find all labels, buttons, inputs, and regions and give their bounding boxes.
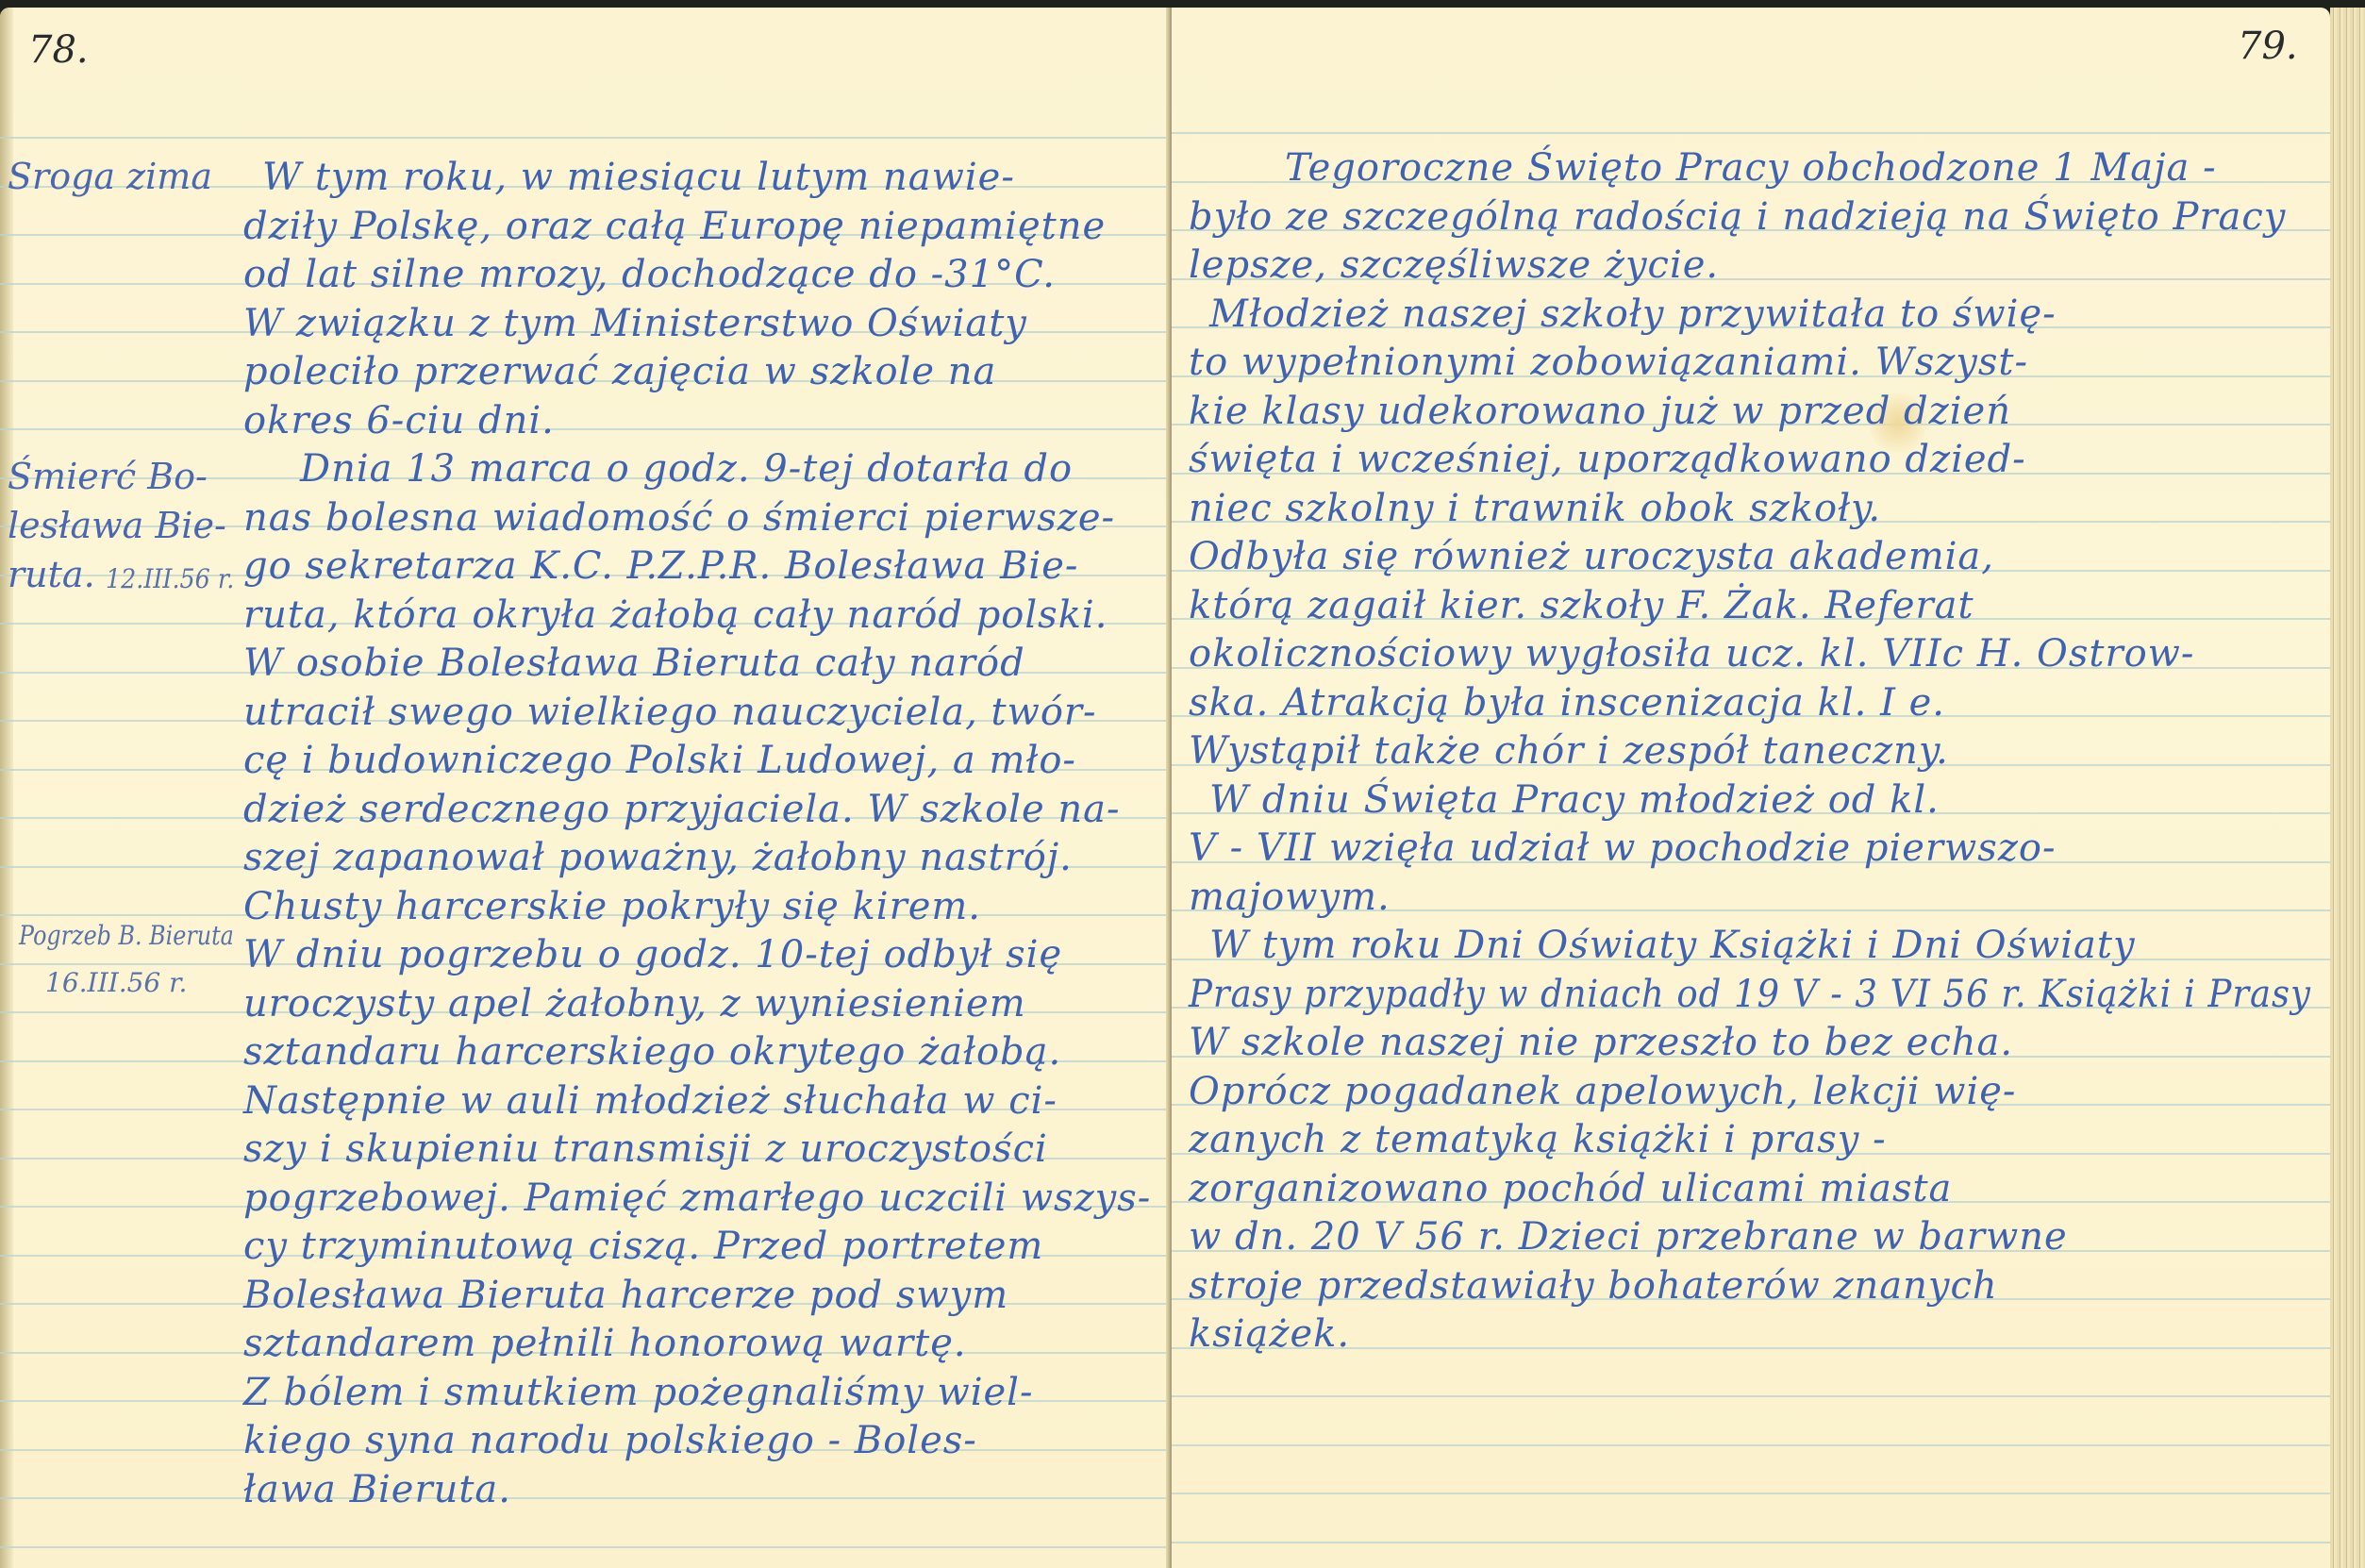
margin-note-death-title-cont: lesława Bie-: [8, 508, 226, 543]
handwritten-line: było ze szczególną radością i nadzieją n…: [1189, 198, 2286, 236]
handwritten-line: W dniu Święta Pracy młodzież od kl.: [1209, 781, 1940, 819]
handwritten-line: go sekretarza K.C. P.Z.P.R. Bolesława Bi…: [243, 547, 1078, 585]
handwritten-line: utracił swego wielkiego nauczyciela, twó…: [243, 693, 1097, 731]
handwritten-line: szej zapanował poważny, żałobny nastrój.: [243, 839, 1073, 876]
handwritten-line: zorganizowano pochód ulicami miasta: [1189, 1170, 1952, 1208]
handwritten-line: W tym roku, w miesiącu lutym nawie-: [262, 158, 1015, 196]
notebook-page-left: 78. Sroga zima Śmierć Bo- lesława Bie- r…: [0, 8, 1170, 1568]
handwritten-line: Młodzież naszej szkoły przywitała to świ…: [1209, 295, 2057, 333]
handwritten-line: V - VII wzięła udział w pochodzie pierws…: [1189, 829, 2056, 867]
handwritten-line: dziły Polskę, oraz całą Europę niepamięt…: [243, 208, 1106, 245]
ruled-line: [1172, 1395, 2330, 1397]
handwritten-line: Wystąpił także chór i zespół taneczny.: [1189, 732, 1949, 770]
ruled-line: [1172, 1493, 2330, 1494]
handwritten-line: lepsze, szczęśliwsze życie.: [1189, 246, 1719, 284]
page-fore-edge: [2330, 8, 2365, 1568]
ruled-line: [0, 1497, 1170, 1499]
ruled-line: [0, 137, 1170, 139]
ruled-line: [0, 1546, 1170, 1548]
handwritten-line: którą zagaił kier. szkoły F. Żak. Refera…: [1189, 587, 1974, 625]
handwritten-line: Odbyła się również uroczysta akademia,: [1189, 538, 1994, 575]
page-number: 78.: [28, 28, 89, 72]
handwritten-line: kie klasy udekorowano już w przed dzień: [1189, 392, 2011, 430]
handwritten-line: uroczysty apel żałobny, z wyniesieniem: [243, 985, 1026, 1023]
handwritten-line: W osobie Bolesława Bieruta cały naród: [243, 644, 1025, 682]
handwritten-line: nas bolesna wiadomość o śmierci pierwsze…: [243, 499, 1115, 537]
handwritten-line: Bolesława Bieruta harcerze pod swym: [243, 1276, 1008, 1314]
handwritten-line: w dn. 20 V 56 r. Dzieci przebrane w barw…: [1189, 1218, 2068, 1256]
handwritten-line: ława Bieruta.: [243, 1471, 511, 1509]
notebook-page-right: 79. Tegoroczne Święto Pracy obchodzone 1…: [1172, 8, 2330, 1568]
margin-note-death-date: 12.III.56 r.: [106, 566, 234, 592]
handwritten-line: ruta, która okryła żałobą cały naród pol…: [243, 596, 1108, 634]
handwritten-line: Dnia 13 marca o godz. 9-tej dotarła do: [300, 450, 1073, 488]
handwritten-line: Z bólem i smutkiem pożegnaliśmy wiel-: [243, 1374, 1033, 1411]
handwritten-line: Prasy przypadły w dniach od 19 V - 3 VI …: [1189, 976, 2311, 1013]
handwritten-line: szy i skupieniu transmisji z uroczystośc…: [243, 1130, 1048, 1168]
handwritten-line: od lat silne mrozy, dochodzące do -31°C.: [243, 256, 1056, 293]
handwritten-line: kiego syna narodu polskiego - Boles-: [243, 1422, 977, 1460]
handwritten-line: poleciło przerwać zajęcia w szkole na: [243, 353, 996, 391]
margin-note-funeral: Pogrzeb B. Bieruta: [19, 923, 234, 949]
handwritten-line: Oprócz pogadanek apelowych, lekcji wię-: [1189, 1073, 2016, 1110]
handwritten-line: okres 6-ciu dni.: [243, 402, 555, 440]
margin-note-death-name: ruta.: [8, 557, 95, 592]
handwritten-line: to wypełnionymi zobowiązaniami. Wszyst-: [1189, 343, 2028, 381]
page-number: 79.: [2238, 25, 2298, 68]
margin-note-death-title: Śmierć Bo-: [8, 459, 208, 494]
page-edge-shadow: [0, 8, 13, 1568]
handwritten-line: sztandarem pełnili honorową wartę.: [243, 1325, 967, 1362]
ruled-line: [1172, 132, 2330, 134]
handwritten-line: książek.: [1189, 1315, 1350, 1353]
handwritten-line: święta i wcześniej, uporządkowano dzied-: [1189, 441, 2026, 478]
handwritten-line: sztandaru harcerskiego okrytego żałobą.: [243, 1033, 1061, 1071]
handwritten-line: pogrzebowej. Pamięć zmarłego uczcili wsz…: [243, 1179, 1151, 1217]
margin-note-severe-winter: Sroga zima: [8, 158, 212, 194]
handwritten-line: Następnie w auli młodzież słuchała w ci-: [243, 1082, 1058, 1120]
handwritten-line: cy trzyminutową ciszą. Przed portretem: [243, 1227, 1043, 1265]
margin-note-funeral-date: 16.III.56 r.: [45, 970, 187, 996]
handwritten-line: dzież serdecznego przyjaciela. W szkole …: [243, 791, 1120, 828]
handwritten-line: ska. Atrakcją była inscenizacja kl. I e.: [1189, 684, 1945, 722]
handwritten-line: W związku z tym Ministerstwo Oświaty: [243, 305, 1027, 342]
handwritten-line: majowym.: [1189, 878, 1391, 916]
handwritten-line: stroje przedstawiały bohaterów znanych: [1189, 1267, 1998, 1305]
handwritten-line: W tym roku Dni Oświaty Książki i Dni Ośw…: [1209, 926, 2136, 964]
handwritten-line: Chusty harcerskie pokryły się kirem.: [243, 888, 981, 926]
ruled-line: [0, 428, 1170, 430]
ruled-line: [1172, 1542, 2330, 1543]
handwritten-line: niec szkolny i trawnik obok szkoły.: [1189, 490, 1881, 527]
handwritten-line: Tegoroczne Święto Pracy obchodzone 1 Maj…: [1285, 149, 2217, 187]
handwritten-line: zanych z tematyką książki i prasy -: [1189, 1121, 1887, 1159]
ruled-line: [1172, 1444, 2330, 1446]
handwritten-line: W szkole naszej nie przeszło to bez echa…: [1189, 1024, 2013, 1061]
handwritten-line: W dniu pogrzebu o godz. 10-tej odbył się: [243, 936, 1062, 974]
handwritten-line: cę i budowniczego Polski Ludowej, a mło-: [243, 742, 1076, 779]
handwritten-line: okolicznościowy wygłosiła ucz. kl. VIIc …: [1189, 635, 2194, 673]
